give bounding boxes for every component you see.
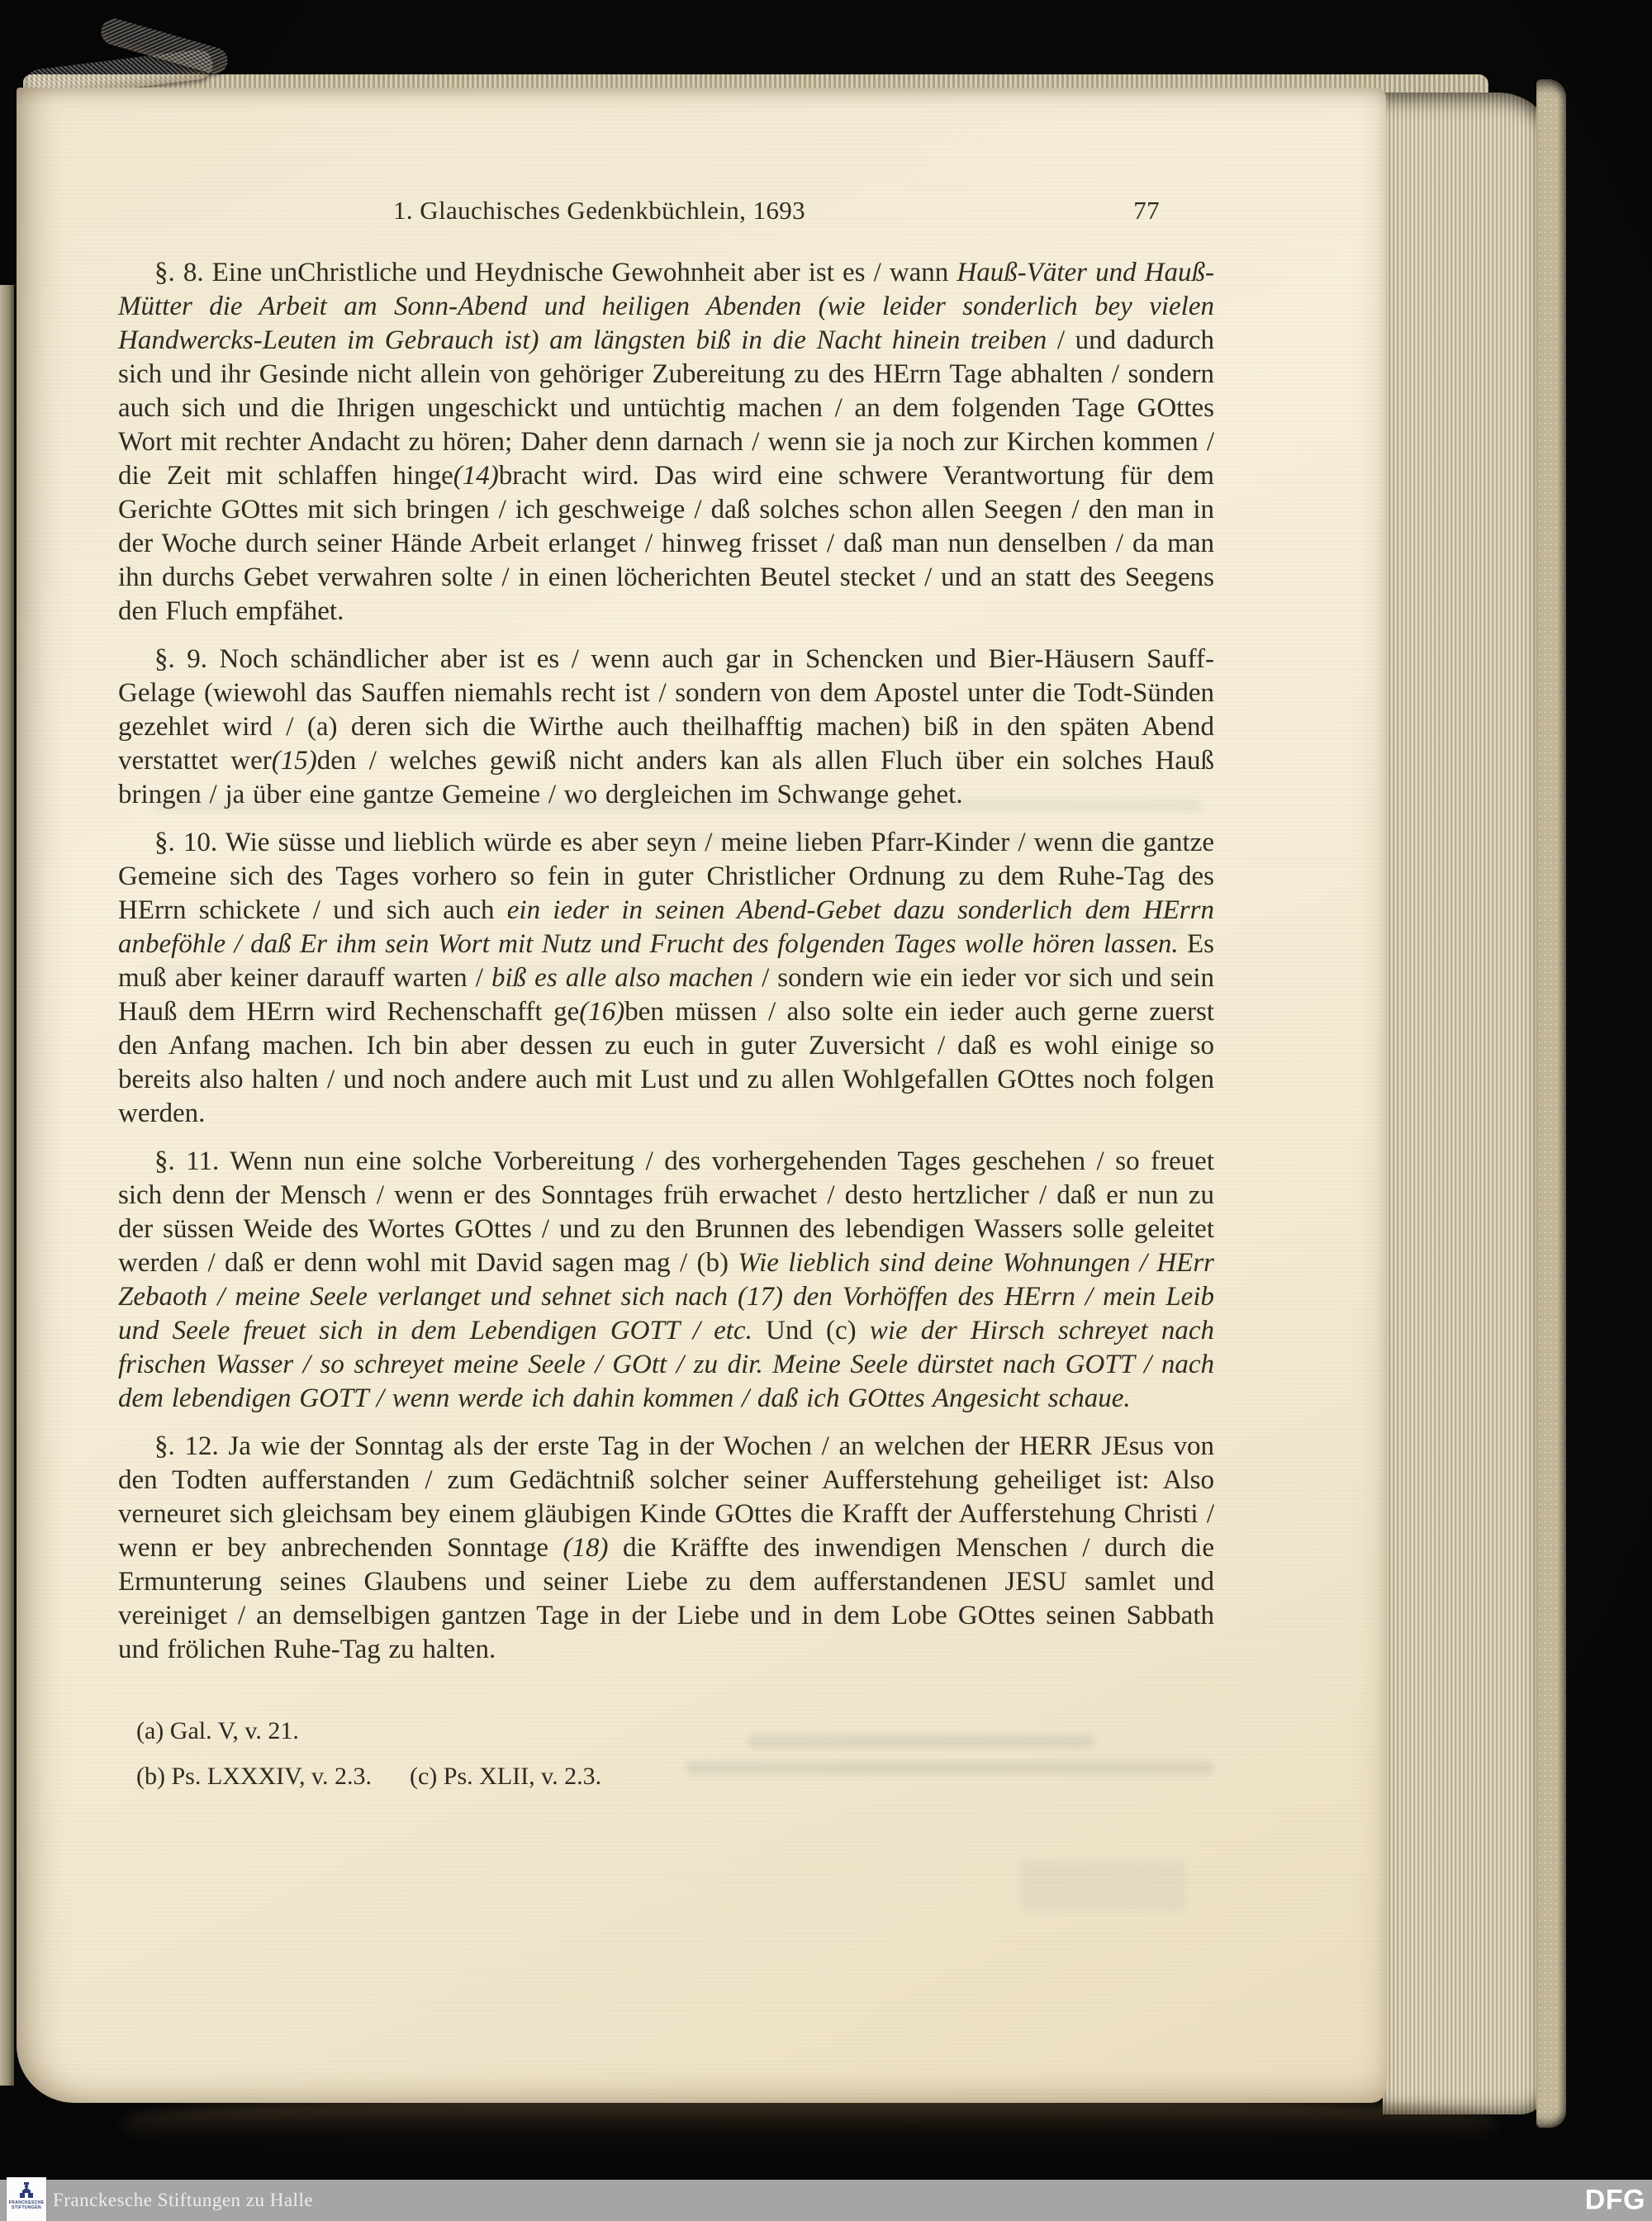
text-block: 1. Glauchisches Gedenkbüchlein, 1693 77 … xyxy=(118,195,1214,1799)
paragraph-9: §. 9. Noch schändlicher aber ist es / we… xyxy=(118,643,1214,812)
text-run: §. 8. Eine unChristliche und Heydnische … xyxy=(154,258,957,287)
franckesche-stiftungen-logo: FRANCKESCHE STIFTUNGEN xyxy=(7,2177,46,2221)
italic-text-run: (14) xyxy=(453,461,499,491)
paragraph-8: §. 8. Eine unChristliche und Heydnische … xyxy=(118,256,1214,629)
paragraph-12: §. 12. Ja wie der Sonntag als der erste … xyxy=(118,1430,1214,1667)
logo-caption: FRANCKESCHE STIFTUNGEN xyxy=(9,2200,45,2210)
italic-text-run: biß es alle also machen xyxy=(491,963,753,993)
dfg-logo: DFG xyxy=(1585,2185,1645,2217)
footnote-c: (c) Ps. XLII, v. 2.3. xyxy=(410,1763,601,1790)
page-stack-fore-edge xyxy=(1383,93,1545,2114)
italic-text-run: (16) xyxy=(579,997,624,1027)
footnote-line: (a) Gal. V, v. 21. xyxy=(136,1708,1214,1754)
francke-monument-icon xyxy=(18,2181,35,2199)
page-bottom-shadow xyxy=(124,2096,1495,2156)
paragraph-11: §. 11. Wenn nun eine solche Vorbereitung… xyxy=(118,1145,1214,1416)
italic-text-run: (15) xyxy=(272,746,317,776)
scan-footer-bar: FRANCKESCHE STIFTUNGEN Franckesche Stift… xyxy=(0,2180,1652,2221)
text-run: Und (c) xyxy=(752,1316,870,1345)
institution-name: Franckesche Stiftungen zu Halle xyxy=(53,2190,313,2211)
gutter-page-edge xyxy=(0,285,14,2086)
book-cover-right-edge xyxy=(1536,79,1566,2128)
italic-text-run: (18) xyxy=(563,1533,609,1563)
footnote-line: (b) Ps. LXXXIV, v. 2.3.(c) Ps. XLII, v. … xyxy=(136,1754,1214,1799)
ink-bleed-through xyxy=(1020,1860,1185,1911)
footnote-b: (b) Ps. LXXXIV, v. 2.3. xyxy=(136,1763,372,1790)
paragraph-10: §. 10. Wie süsse und lieblich würde es a… xyxy=(118,826,1214,1131)
running-title: 1. Glauchisches Gedenkbüchlein, 1693 xyxy=(393,195,805,226)
footnote-a: (a) Gal. V, v. 21. xyxy=(136,1717,299,1744)
book-page: 1. Glauchisches Gedenkbüchlein, 1693 77 … xyxy=(17,88,1386,2103)
page-header: 1. Glauchisches Gedenkbüchlein, 1693 77 xyxy=(118,195,1214,226)
footnotes: (a) Gal. V, v. 21. (b) Ps. LXXXIV, v. 2.… xyxy=(136,1708,1214,1799)
book-scan-photograph: 1. Glauchisches Gedenkbüchlein, 1693 77 … xyxy=(0,0,1652,2221)
page-number: 77 xyxy=(1133,195,1160,226)
logo-caption-line2: STIFTUNGEN xyxy=(9,2205,45,2210)
